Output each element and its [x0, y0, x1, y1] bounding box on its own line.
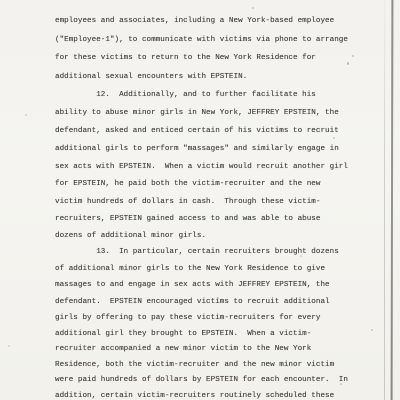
scan-speck [25, 114, 27, 116]
document-line: employees and associates, including a Ne… [55, 17, 334, 26]
document-line: ability to abuse minor girls in New York… [55, 109, 339, 118]
scan-speck [300, 255, 302, 257]
scan-speck [218, 297, 219, 299]
document-line-paragraph-13-start: 13. In particular, certain recruiters br… [55, 248, 339, 257]
document-line: were paid hundreds of dollars by EPSTEIN… [55, 376, 348, 385]
document-line: defendant. EPSTEIN encouraged victims to… [55, 298, 330, 307]
document-line: additional girls to perform "massages" a… [55, 145, 339, 154]
document-line: for EPSTEIN, he paid both the victim-rec… [55, 180, 320, 189]
document-line: dozens of additional minor girls. [55, 232, 206, 241]
document-line: ("Employee-1"), to communicate with vict… [55, 36, 348, 45]
document-line: recruiters, EPSTEIN gained access to and… [55, 215, 320, 224]
document-line-paragraph-12-start: 12. Additionally, and to further facilit… [55, 91, 316, 100]
scan-speck [333, 137, 335, 139]
document-line: additional sexual encounters with EPSTEI… [55, 73, 247, 82]
document-line: sex acts with EPSTEIN. When a victim wou… [55, 163, 348, 172]
document-line: of additional minor girls to the New Yor… [55, 265, 325, 274]
document-line: for these victims to return to the New Y… [55, 54, 316, 63]
scan-page-edge-line-faint [384, 0, 385, 400]
scan-speck [352, 55, 354, 57]
document-line: additional girl they brought to EPSTEIN.… [55, 330, 311, 339]
scan-page-edge-line [391, 0, 394, 400]
document-line: girls by offering to pay these victim-re… [55, 314, 320, 323]
document-line: massages to and engage in sex acts with … [55, 281, 330, 290]
scan-speck [340, 383, 342, 385]
scan-speck [347, 62, 350, 66]
document-line: victim hundreds of dollars in cash. Thro… [55, 198, 320, 207]
scan-speck [8, 345, 10, 347]
document-line: recruiter accompanied a new minor victim… [55, 345, 311, 354]
document-line: defendant, asked and enticed certain of … [55, 127, 339, 136]
scanned-document-page: employees and associates, including a Ne… [0, 0, 400, 400]
document-line: Residence, both the victim-recruiter and… [55, 361, 334, 370]
scan-speck [371, 329, 373, 331]
scan-speck [252, 7, 254, 9]
document-line-cut-off: addition, certain victim-recruiters rout… [55, 392, 334, 400]
